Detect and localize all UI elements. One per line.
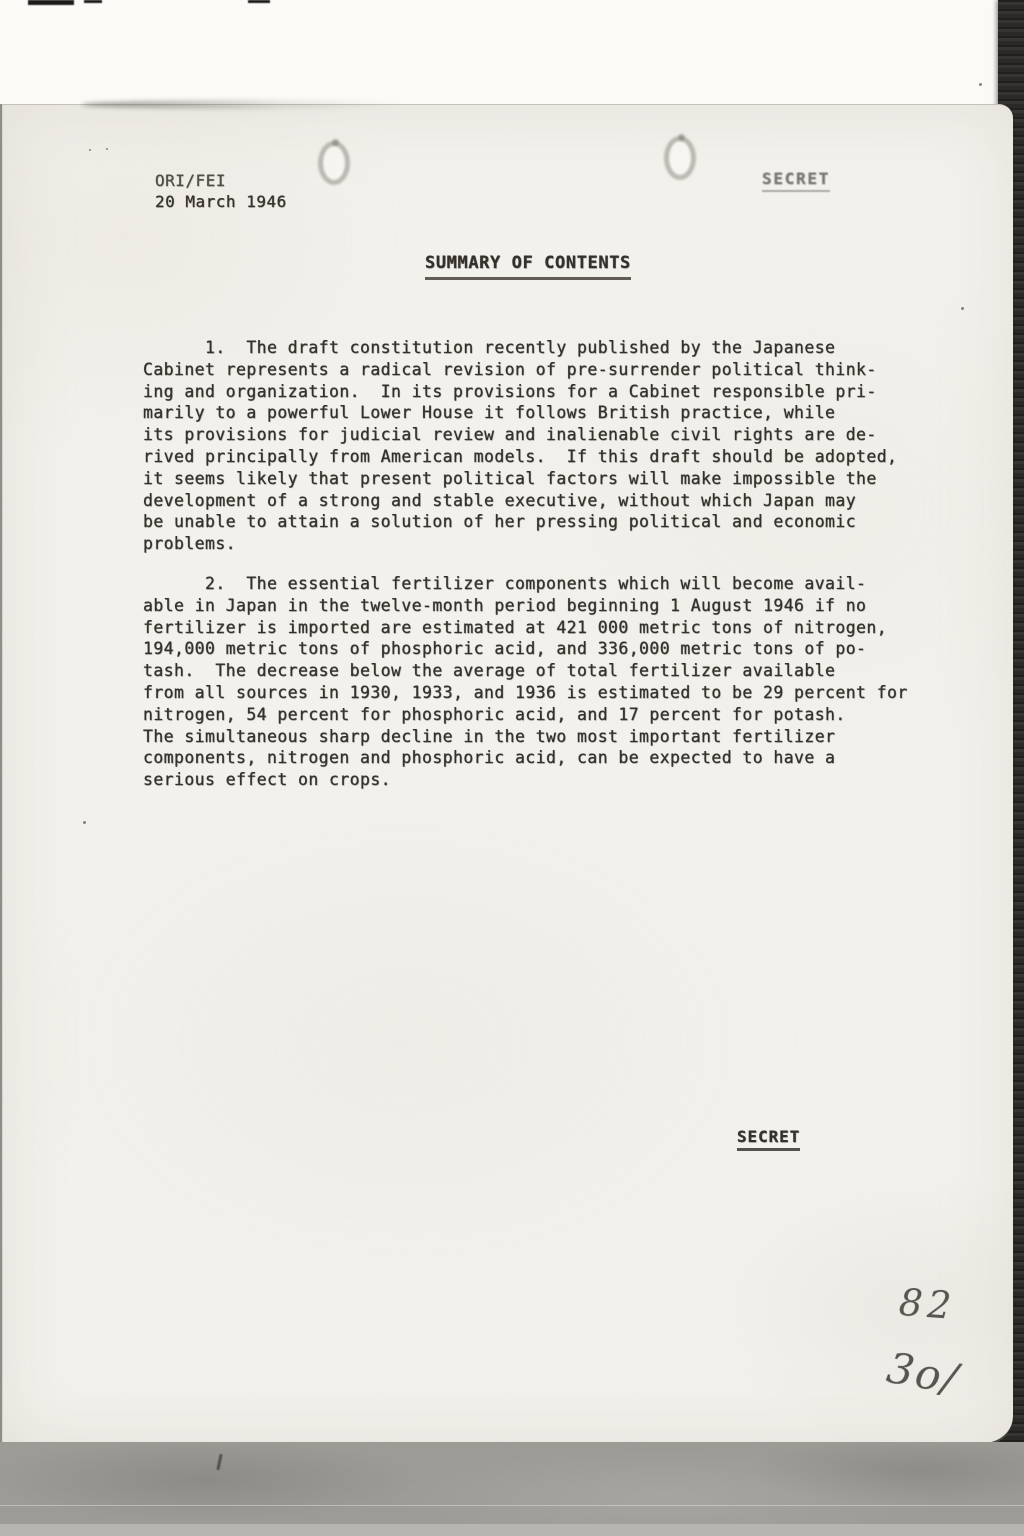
document-date: 20 March 1946 bbox=[155, 192, 287, 211]
paper-speck bbox=[83, 821, 86, 824]
office-code: ORI/FEI bbox=[155, 171, 226, 190]
backing-scratch bbox=[216, 1454, 222, 1470]
handwritten-mark: 3o/ bbox=[883, 1343, 963, 1404]
hole-punch-icon bbox=[664, 136, 696, 180]
backing-seam-line bbox=[0, 1505, 1024, 1506]
paper-speck bbox=[979, 83, 982, 86]
underlying-sheet bbox=[0, 0, 998, 104]
scan-debris-mark bbox=[248, 0, 270, 3]
paper-speck bbox=[961, 307, 964, 310]
paper-speck bbox=[89, 149, 91, 151]
paragraph-1: 1. The draft constitution recently publi… bbox=[143, 337, 897, 555]
hole-punch-icon bbox=[318, 141, 350, 185]
scanned-document: ORI/FEI 20 March 1946 SECRET SUMMARY OF … bbox=[0, 0, 1024, 1536]
paper-speck bbox=[106, 148, 108, 150]
paragraph-2: 2. The essential fertilizer components w… bbox=[143, 573, 908, 791]
classification-stamp-top: SECRET bbox=[762, 169, 830, 192]
scan-debris-mark bbox=[28, 0, 74, 5]
handwritten-page-number: 82 bbox=[898, 1281, 958, 1328]
scan-debris-mark bbox=[84, 0, 102, 3]
page-title: SUMMARY OF CONTENTS bbox=[425, 253, 631, 280]
backing-lower-band bbox=[0, 1524, 1024, 1536]
page-edge-shadow bbox=[81, 100, 411, 109]
scanner-backing bbox=[0, 1442, 1024, 1536]
classification-stamp-bottom: SECRET bbox=[737, 1127, 800, 1151]
page: ORI/FEI 20 March 1946 SECRET SUMMARY OF … bbox=[2, 104, 1013, 1446]
